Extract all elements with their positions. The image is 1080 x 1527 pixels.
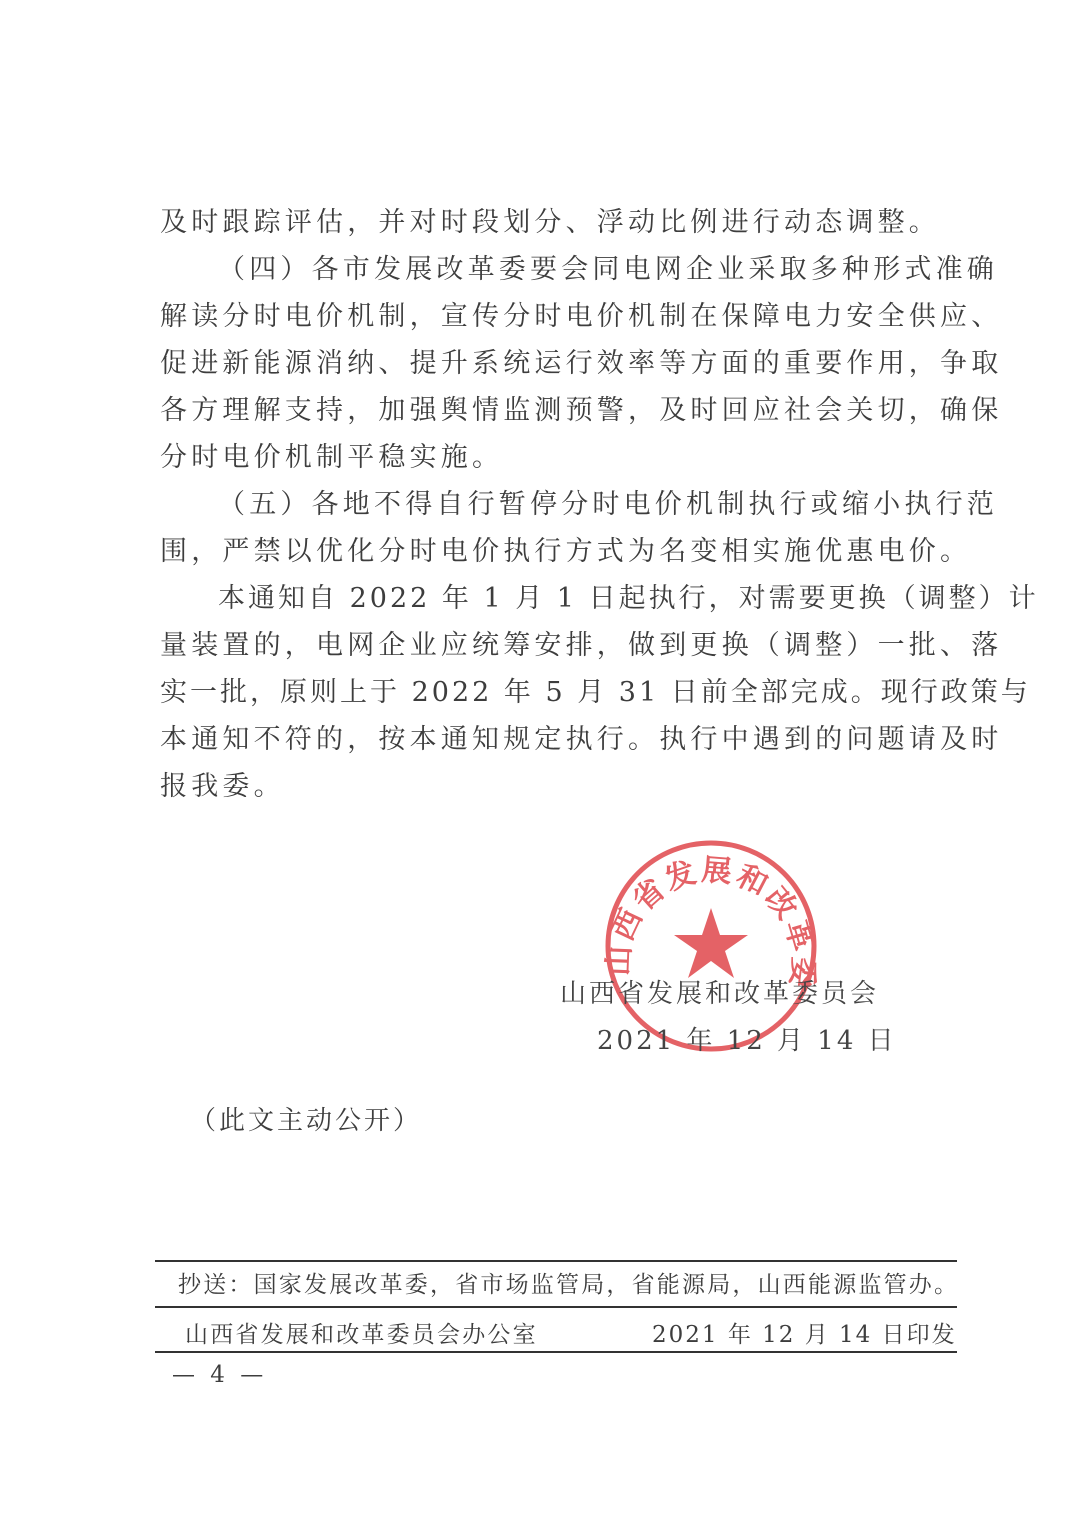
document-page: 及时跟踪评估，并对时段划分、浮动比例进行动态调整。 （四）各市发展改革委要会同电… bbox=[0, 0, 1080, 1527]
public-disclosure-note: （此文主动公开） bbox=[190, 1100, 422, 1137]
body-line: 本通知自 2022 年 1 月 1 日起执行，对需要更换（调整）计 bbox=[218, 584, 1039, 614]
page-number: — 4 — bbox=[172, 1362, 267, 1388]
signature-organization: 山西省发展和改革委员会 bbox=[560, 973, 879, 1010]
issuing-office: 山西省发展和改革委员会办公室 bbox=[185, 1316, 538, 1349]
cc-recipients: 抄送：国家发展改革委，省市场监管局，省能源局，山西能源监管办。 bbox=[178, 1266, 959, 1299]
body-line: 实一批，原则上于 2022 年 5 月 31 日前全部完成。现行政策与 bbox=[160, 678, 1031, 708]
body-line: 各方理解支持，加强舆情监测预警，及时回应社会关切，确保 bbox=[160, 396, 1002, 426]
body-line: 报我委。 bbox=[160, 772, 285, 802]
signature-date: 2021 年 12 月 14 日 bbox=[597, 1020, 897, 1057]
footer-rule-bottom bbox=[155, 1351, 957, 1353]
footer-rule-middle bbox=[155, 1306, 957, 1308]
body-line: 促进新能源消纳、提升系统运行效率等方面的重要作用，争取 bbox=[160, 349, 1002, 379]
issue-date: 2021 年 12 月 14 日印发 bbox=[652, 1316, 957, 1349]
body-line: 解读分时电价机制，宣传分时电价机制在保障电力安全供应、 bbox=[160, 302, 1002, 332]
body-line: 分时电价机制平稳实施。 bbox=[160, 443, 503, 473]
body-line: （五）各地不得自行暂停分时电价机制执行或缩小执行范 bbox=[218, 490, 998, 520]
body-line: 量装置的，电网企业应统筹安排，做到更换（调整）一批、落 bbox=[160, 631, 1002, 661]
body-line: （四）各市发展改革委要会同电网企业采取多种形式准确 bbox=[218, 255, 998, 285]
footer-rule-top bbox=[155, 1260, 957, 1262]
body-line: 本通知不符的，按本通知规定执行。执行中遇到的问题请及时 bbox=[160, 725, 1002, 755]
body-line: 围，严禁以优化分时电价执行方式为名变相实施优惠电价。 bbox=[160, 537, 971, 567]
body-line: 及时跟踪评估，并对时段划分、浮动比例进行动态调整。 bbox=[160, 208, 940, 238]
